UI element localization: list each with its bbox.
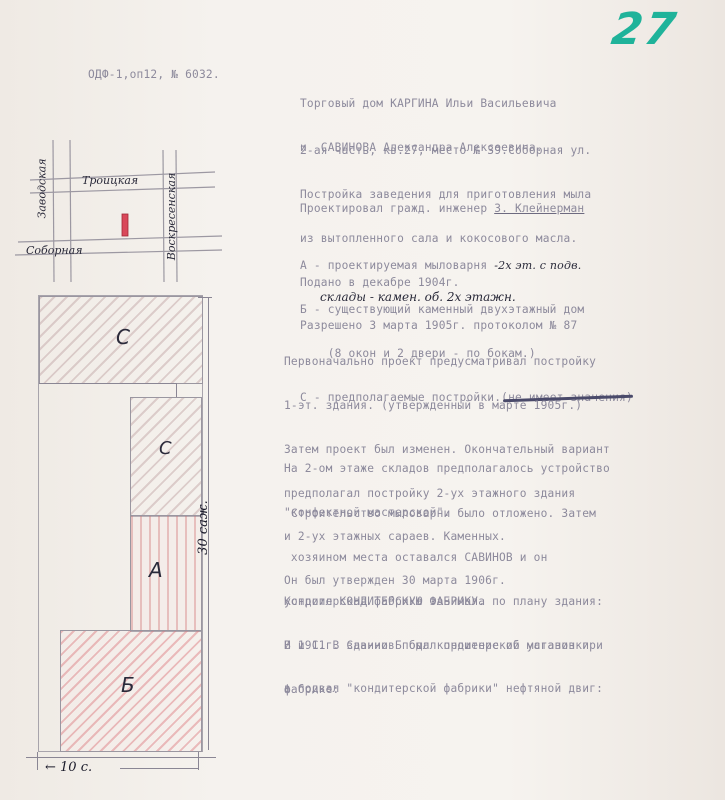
building-c-middle-label: С	[159, 438, 172, 459]
building-a: А	[130, 515, 202, 632]
sheet-number: 27	[608, 4, 680, 55]
street-label-west: Заводская	[35, 159, 48, 219]
street-label-east: Воскресенская	[165, 173, 178, 260]
dimension-value: 10 с.	[60, 760, 92, 775]
designer-line: Проектировал гражд. инженер З. Клейнерма…	[300, 202, 584, 217]
dimension-tick	[198, 297, 212, 298]
dimension-label-horizontal: ← 10 с.	[45, 760, 92, 775]
paragraph-line: фабрике:	[284, 683, 603, 698]
building-b: Б	[60, 630, 202, 752]
building-c-top-label: С	[116, 325, 130, 349]
ground-line	[26, 757, 216, 758]
archive-reference: ОДФ-1,оп12, № 6032.	[88, 68, 220, 83]
site-marker	[122, 214, 128, 236]
paragraph-line: хозяином места оставался САВИНОВ и он	[284, 551, 603, 566]
paragraph-line: Кондитерская фабрика занимала по плану з…	[284, 595, 603, 610]
legend-a: А - проектируемая мыловарня -2х эт. с по…	[300, 259, 633, 274]
legend-c-handwritten-note: склады - камен. об. 2х этажн.	[320, 290, 516, 304]
street-label-north: Троицкая	[82, 174, 138, 187]
paragraph-line: На 2-ом этаже складов предполагалось уст…	[284, 462, 610, 477]
location-line: 2-ая часть, кв.27, место № 39.Соборная у…	[300, 144, 591, 159]
designer-label: Проектировал гражд. инженер	[300, 202, 487, 215]
legend-a-handwritten-note: -2х эт. с подв.	[494, 259, 581, 272]
location-line: Постройка заведения для приготовления мы…	[300, 188, 591, 203]
dimension-line-horizontal	[120, 768, 198, 769]
title-line: Торговый дом КАРГИНА Ильи Васильевича	[300, 97, 557, 112]
plan-step-line	[39, 383, 176, 384]
building-plan: С С А Б 30 саж. ← 10 с.	[0, 280, 270, 800]
paragraph-line: 1-эт. здания. (утвержденный в марте 1905…	[284, 399, 610, 414]
street-label-south: Соборная	[26, 244, 83, 257]
dimension-label-vertical: 30 саж.	[196, 500, 211, 555]
paragraph-line: И и С. В здании Б был кондитерский магаз…	[284, 639, 603, 654]
building-c-top: С	[39, 296, 203, 384]
plan-step-line	[176, 383, 177, 397]
dimension-tick	[37, 752, 38, 770]
legend-b: Б - существующий каменный двухэтажный до…	[300, 303, 633, 318]
building-c-middle: С	[130, 397, 202, 517]
paragraph-line: Первоначально проект предусматривал пост…	[284, 355, 610, 370]
legend-a-text: А - проектируемая мыловарня	[300, 259, 487, 272]
building-a-label: А	[149, 558, 163, 582]
paragraph-line: Строительство мыловарни было отложено. З…	[284, 507, 603, 522]
designer-name: З. Клейнерман	[494, 202, 584, 215]
dimension-tick	[198, 752, 199, 770]
paragraph-4: Кондитерская фабрика занимала по плану з…	[284, 566, 603, 712]
building-b-label: Б	[121, 673, 135, 697]
